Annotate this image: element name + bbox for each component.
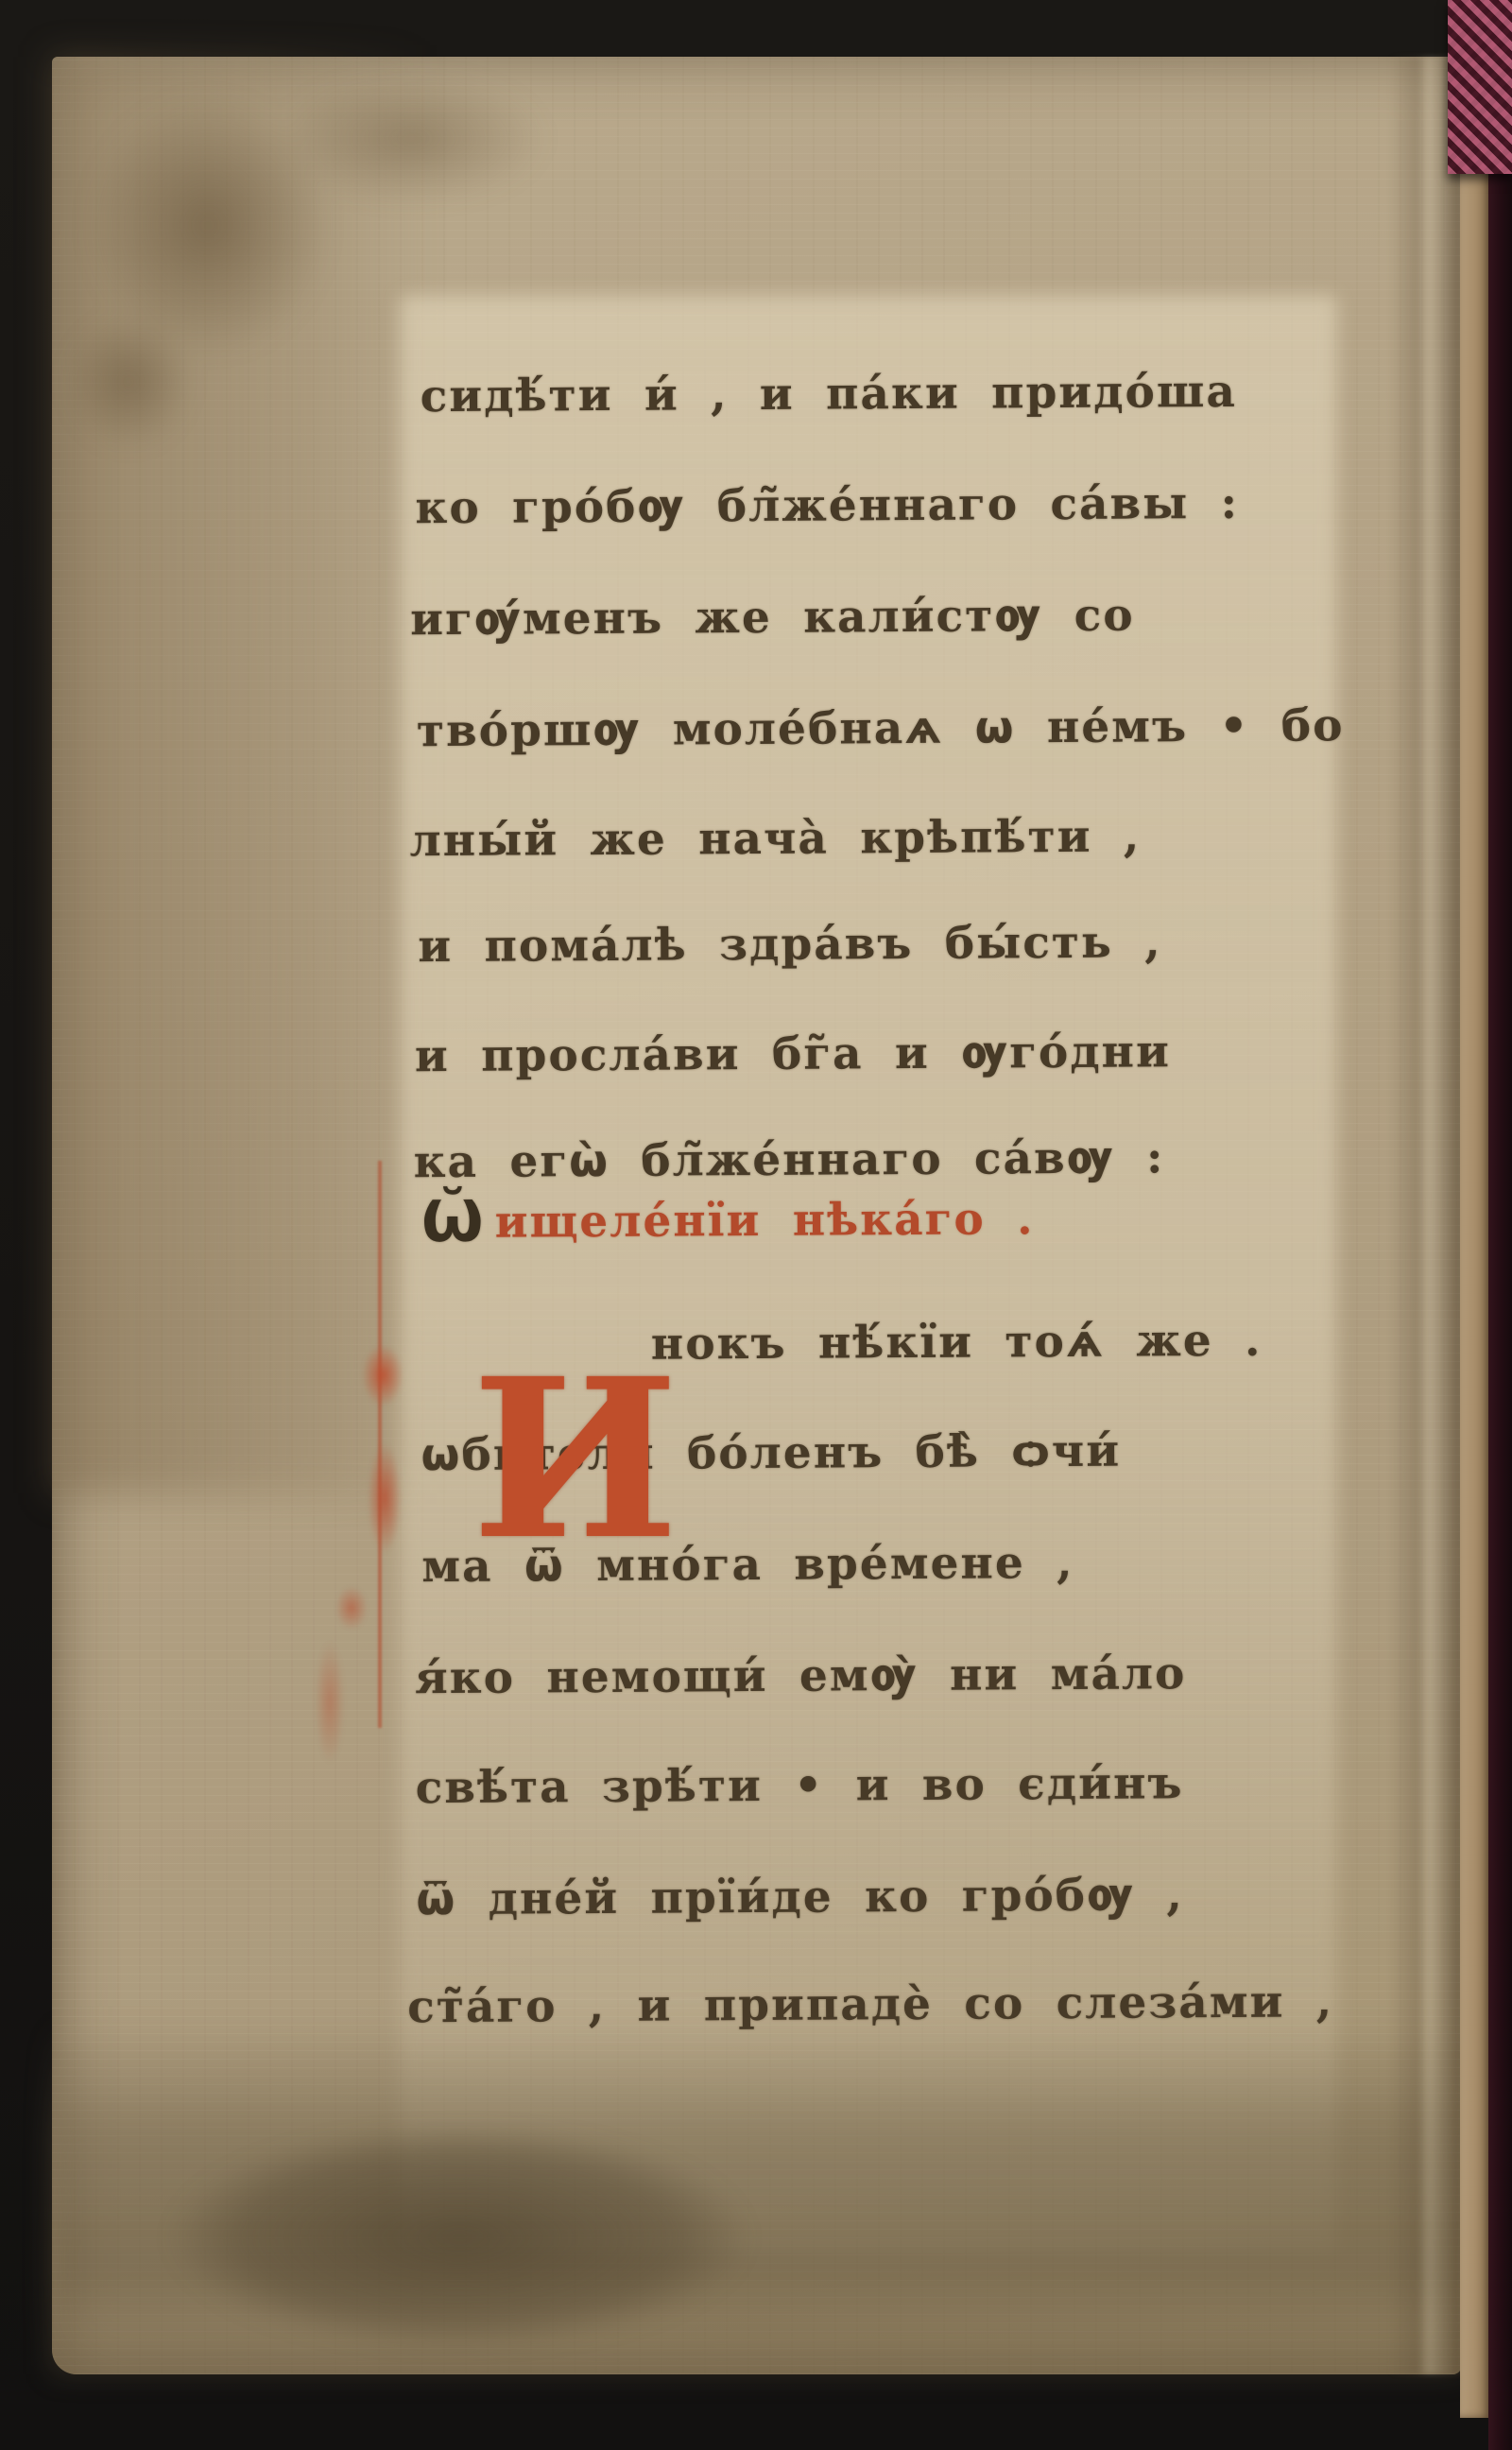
- manuscript-page: сидѣ́ти и́ , и па́ки придо́ша ко гро́бѹ …: [52, 57, 1462, 2374]
- drop-cap-initial: И: [472, 1350, 679, 1569]
- page-edge-strip: [1460, 55, 1490, 2418]
- text-line-8: ка егѡ̀ бл̃же́ннаго са́вѹ :: [413, 1133, 1164, 1187]
- text-line-10: нокъ нѣ́кїи тоѧ́ же .: [651, 1317, 1263, 1370]
- text-line-15: ѿ дне́й прїи́де ко гро́бѹ ,: [416, 1871, 1184, 1924]
- text-line-16: ст̃а́го , и припадѐ со слеза́ми ,: [407, 1977, 1333, 2032]
- rubric-initial-omega: Ѡ̆: [421, 1189, 486, 1255]
- text-line-6: и пома́лѣ здра́въ бы́сть ,: [418, 918, 1162, 971]
- scan-background: сидѣ́ти и́ , и па́ки придо́ша ко гро́бѹ …: [0, 0, 1512, 2450]
- text-line-5: лны́й же нача̀ крѣпѣ́ти ,: [409, 813, 1141, 866]
- binding-spine: [1488, 161, 1512, 2450]
- rubric-text: ищеле́нїи нѣка́го .: [494, 1193, 1034, 1248]
- text-line-7: и просла́ви бг̃а и ѹго́дни: [415, 1027, 1171, 1081]
- text-line-4: тво́ршѹ моле́бнаѧ ѡ не́мъ • бо: [417, 701, 1345, 756]
- text-line-2: ко гро́бѹ бл̃же́ннаго са́вы :: [415, 479, 1239, 533]
- binding-textile: [1448, 0, 1512, 174]
- text-line-13: я́ко немощи́ емѹ̀ ни ма́ло: [415, 1649, 1187, 1703]
- rubric-line: Ѡ̆ищеле́нїи нѣка́го .: [421, 1187, 1035, 1253]
- text-block: сидѣ́ти и́ , и па́ки придо́ша ко гро́бѹ …: [45, 52, 1469, 2378]
- text-line-3: игѹ́менъ же кали́стѹ со: [410, 592, 1135, 645]
- text-line-1: сидѣ́ти и́ , и па́ки придо́ша: [421, 368, 1237, 422]
- text-line-14: свѣ́та зрѣ́ти • и во єди́нъ: [416, 1759, 1184, 1813]
